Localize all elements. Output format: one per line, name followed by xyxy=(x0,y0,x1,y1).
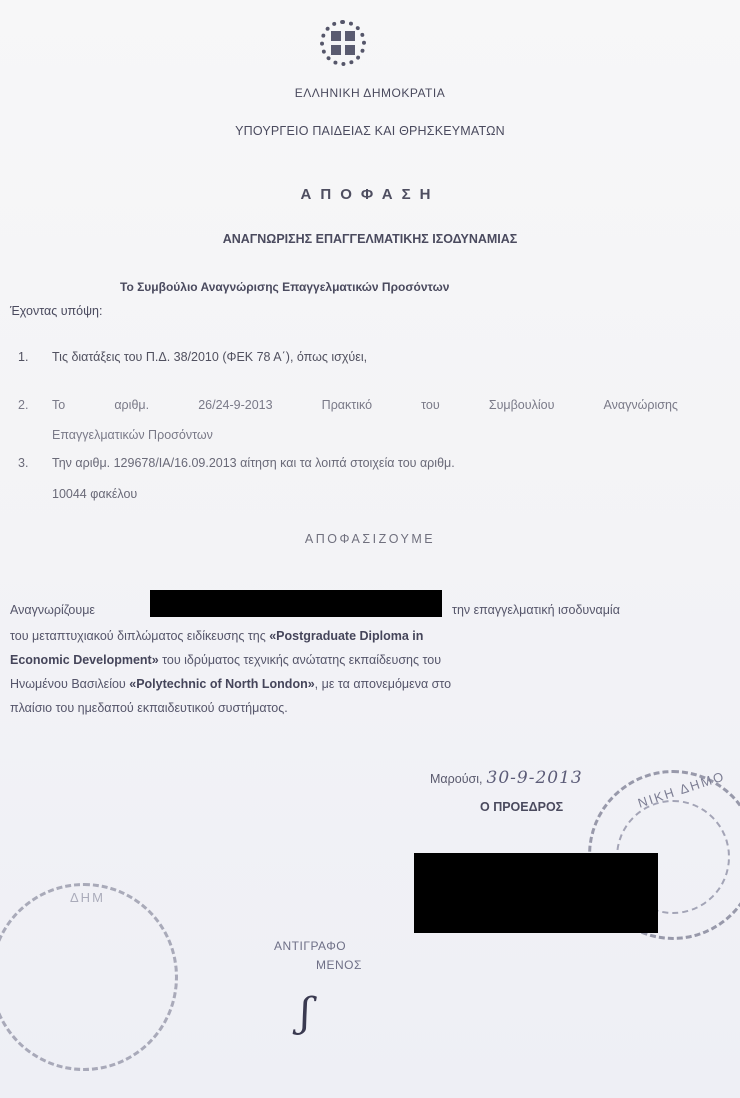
stamp-text: ΔΗΜ xyxy=(70,890,105,905)
greek-coat-of-arms-icon xyxy=(320,20,366,66)
item-number: 2. xyxy=(18,398,28,412)
cross-icon xyxy=(331,31,355,55)
degree-title: «Postgraduate Diploma in xyxy=(269,629,423,643)
body-line: Ηνωμένου Βασιλείου «Polytechnic of North… xyxy=(10,678,710,691)
ministry-heading: ΥΠΟΥΡΓΕΙΟ ΠΑΙΔΕΙΑΣ ΚΑΙ ΘΡΗΣΚΕΥΜΑΤΩΝ xyxy=(0,124,740,138)
body-text: του ιδρύματος τεχνικής ανώτατης εκπαίδευ… xyxy=(159,653,441,667)
item-text: Την αριθμ. 129678/ΙΑ/16.09.2013 αίτηση κ… xyxy=(52,456,455,470)
word: του xyxy=(421,398,440,412)
word: Το xyxy=(52,398,65,412)
body-line: του μεταπτυχιακού διπλώματος ειδίκευσης … xyxy=(10,630,710,643)
word: 26/24-9-2013 xyxy=(198,398,272,412)
body-line: Economic Development» του ιδρύματος τεχν… xyxy=(10,654,710,667)
word: αριθμ. xyxy=(114,398,149,412)
decision-heading: ΑΠΟΦΑΣΙΖΟΥΜΕ xyxy=(0,532,740,546)
word: Αναγνώρισης xyxy=(604,398,678,412)
having-regard-label: Έχοντας υπόψη: xyxy=(10,304,102,318)
document-page: ΕΛΛΗΝΙΚΗ ΔΗΜΟΚΡΑΤΙΑ ΥΠΟΥΡΓΕΙΟ ΠΑΙΔΕΙΑΣ Κ… xyxy=(0,0,740,1098)
redaction-bar xyxy=(414,853,658,933)
word: Πρακτικό xyxy=(322,398,372,412)
item-text: Τις διατάξεις του Π.Δ. 38/2010 (ΦΕΚ 78 Α… xyxy=(52,350,367,364)
body-line: την επαγγελματική ισοδυναμία xyxy=(452,604,620,617)
item-number: 1. xyxy=(18,350,28,364)
republic-heading: ΕΛΛΗΝΙΚΗ ΔΗΜΟΚΡΑΤΙΑ xyxy=(0,86,740,100)
item-text-continued: Επαγγελματικών Προσόντων xyxy=(52,428,213,442)
certified-copy-text: ΜΕΝΟΣ xyxy=(316,958,362,972)
body-text: του μεταπτυχιακού διπλώματος ειδίκευσης … xyxy=(10,629,269,643)
degree-title: Economic Development» xyxy=(10,653,159,667)
place: Μαρούσι, xyxy=(430,772,483,786)
signatory-title: Ο ΠΡΟΕΔΡΟΣ xyxy=(480,800,563,814)
body-text: , με τα απονεμόμενα στο xyxy=(315,677,451,691)
item-number: 3. xyxy=(18,456,28,470)
redaction-bar xyxy=(150,590,442,617)
institution-name: «Polytechnic of North London» xyxy=(129,677,314,691)
place-date: Μαρούσι,30-9-2013 xyxy=(430,768,583,788)
handwritten-date: 30-9-2013 xyxy=(487,768,583,788)
body-line: πλαίσιο του ημεδαπού εκπαιδευτικού συστή… xyxy=(10,702,710,715)
item-text-continued: 10044 φακέλου xyxy=(52,487,137,501)
body-text: Ηνωμένου Βασιλείου xyxy=(10,677,129,691)
council-name: Το Συμβούλιο Αναγνώρισης Επαγγελματικών … xyxy=(120,280,449,294)
word: Συμβουλίου xyxy=(489,398,555,412)
item-text: Το αριθμ. 26/24-9-2013 Πρακτικό του Συμβ… xyxy=(52,398,678,412)
document-title: ΑΠΟΦΑΣΗ xyxy=(0,186,740,203)
certified-copy-text: ΑΝΤΙΓΡΑΦΟ xyxy=(274,939,346,953)
signature-mark: ʃ xyxy=(300,990,311,1036)
document-subtitle: ΑΝΑΓΝΩΡΙΣΗΣ ΕΠΑΓΓΕΛΜΑΤΙΚΗΣ ΙΣΟΔΥΝΑΜΙΑΣ xyxy=(0,232,740,246)
certification-stamp xyxy=(0,883,178,1071)
